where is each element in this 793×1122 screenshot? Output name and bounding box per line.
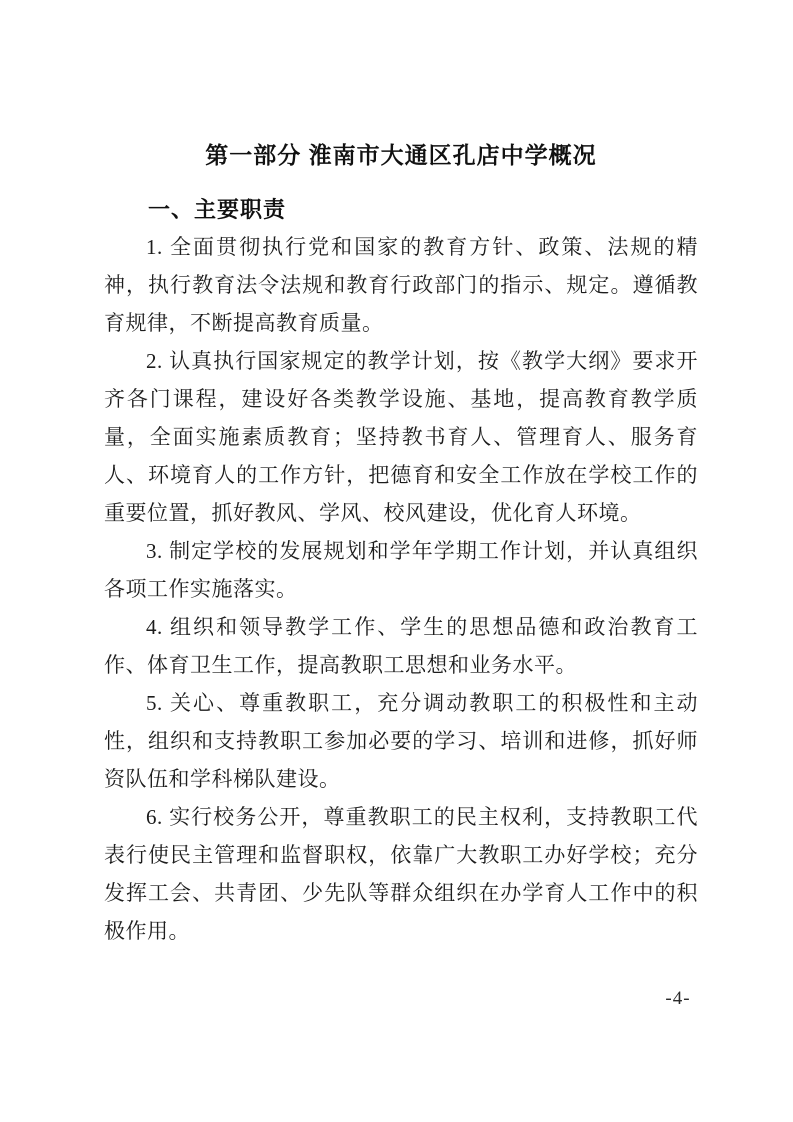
- document-title: 第一部分 淮南市大通区孔店中学概况: [104, 141, 698, 169]
- document-page: 第一部分 淮南市大通区孔店中学概况 一、主要职责 1. 全面贯彻执行党和国家的教…: [0, 0, 793, 1122]
- page-number: -4-: [648, 988, 708, 1010]
- document-content: 第一部分 淮南市大通区孔店中学概况 一、主要职责 1. 全面贯彻执行党和国家的教…: [104, 141, 698, 950]
- paragraph-item-5: 5. 关心、尊重教职工，充分调动教职工的积极性和主动性，组织和支持教职工参加必要…: [104, 684, 698, 798]
- paragraph-item-1: 1. 全面贯彻执行党和国家的教育方针、政策、法规的精神，执行教育法令法规和教育行…: [104, 228, 698, 342]
- section-heading-main-responsibilities: 一、主要职责: [104, 196, 698, 224]
- paragraph-item-3: 3. 制定学校的发展规划和学年学期工作计划，并认真组织各项工作实施落实。: [104, 532, 698, 608]
- paragraph-item-2: 2. 认真执行国家规定的教学计划，按《教学大纲》要求开齐各门课程，建设好各类教学…: [104, 342, 698, 532]
- paragraph-item-6: 6. 实行校务公开，尊重教职工的民主权利，支持教职工代表行使民主管理和监督职权，…: [104, 798, 698, 950]
- paragraph-item-4: 4. 组织和领导教学工作、学生的思想品德和政治教育工作、体育卫生工作，提高教职工…: [104, 608, 698, 684]
